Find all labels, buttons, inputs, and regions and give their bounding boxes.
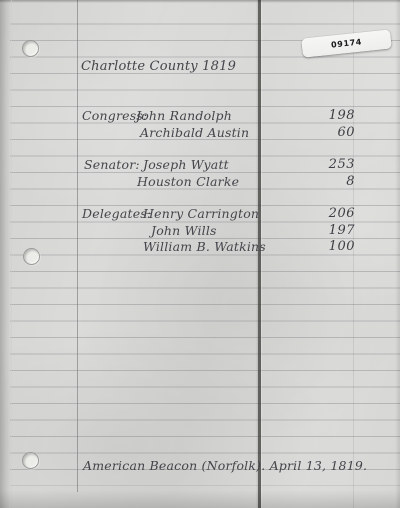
scan-top-edge: [0, 0, 400, 3]
vote-count: 253: [318, 158, 355, 172]
catalog-number: 09174: [331, 37, 363, 49]
scan-bottom-edge: [0, 490, 400, 508]
vote-count: 100: [318, 240, 355, 254]
office-label-delegates: Delegates:: [82, 207, 151, 221]
office-label-senator: Senator:: [84, 158, 140, 172]
scan-right-edge: [395, 0, 400, 508]
candidate-name: John Wills: [151, 224, 217, 238]
candidate-name: John Randolph: [136, 109, 232, 123]
candidate-name: William B. Watkins: [143, 240, 266, 254]
hole-punch-top: [22, 40, 39, 57]
page-crease-line: [258, 0, 261, 508]
scanned-notebook-page: 09174 Charlotte County 1819 Congress: Jo…: [0, 0, 400, 508]
candidate-name: Houston Clarke: [137, 175, 239, 189]
candidate-name: Joseph Wyatt: [143, 158, 229, 172]
vote-count: 206: [318, 207, 355, 221]
source-citation: American Beacon (Norfolk). April 13, 181…: [83, 459, 367, 473]
candidate-name: Henry Carrington: [143, 207, 259, 221]
vote-count: 198: [318, 109, 355, 123]
vote-count: 197: [318, 224, 355, 238]
hole-punch-bottom: [22, 452, 39, 469]
page-title: Charlotte County 1819: [81, 60, 236, 74]
vote-count: 8: [318, 175, 355, 189]
hole-punch-middle: [23, 248, 40, 265]
scan-left-edge: [0, 0, 12, 508]
catalog-sticker: 09174: [301, 29, 391, 57]
faint-crease-line: [353, 0, 354, 508]
margin-line: [77, 0, 78, 492]
vote-count: 60: [318, 126, 355, 140]
candidate-name: Archibald Austin: [140, 126, 249, 140]
